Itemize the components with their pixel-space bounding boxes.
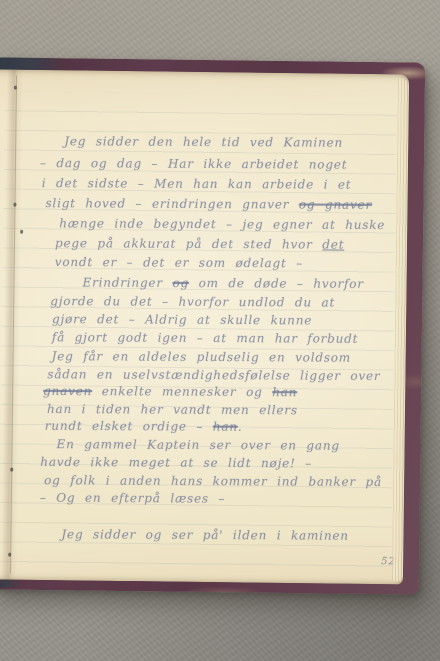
handwriting-segment: Jeg sidder den hele tid ved Kaminen bbox=[64, 134, 343, 149]
handwriting-line: – Og en efterpå læses – bbox=[40, 490, 225, 507]
handwriting-line: i det sidste – Men han kan arbeide i et bbox=[42, 175, 352, 193]
handwriting-segment: sådan en uselvstændighedsfølelse ligger … bbox=[47, 367, 380, 383]
handwriting-segment: og gnaver bbox=[299, 197, 372, 211]
handwriting-line: rundt elsket ordige – han. bbox=[45, 418, 243, 435]
handwriting-segment: Erindringer bbox=[82, 275, 172, 289]
handwriting-segment: vondt er – det er som ødelagt – bbox=[55, 255, 303, 270]
handwriting-line: Jeg sidder den hele tid ved Kaminen bbox=[64, 133, 343, 150]
notebook-page: Jeg sidder den hele tid ved Kaminen– dag… bbox=[0, 69, 409, 584]
handwriting-segment: – dag og dag – Har ikke arbeidet noget bbox=[40, 156, 347, 172]
handwriting-segment: pege på akkurat på det sted hvor bbox=[55, 236, 322, 251]
handwriting-segment: og folk i anden hans kommer ind banker p… bbox=[44, 473, 382, 489]
handwriting-line: Erindringer og om de døde – hvorfor bbox=[82, 274, 363, 291]
handwriting-line: han i tiden her vandt men ellers bbox=[47, 401, 298, 418]
handwriting-line: sådan en uselvstændighedsfølelse ligger … bbox=[47, 366, 380, 384]
handwriting-segment: En gammel Kaptein ser over en gang bbox=[57, 437, 340, 452]
handwriting-segment: det bbox=[322, 238, 344, 252]
handwriting-segment: havde ikke meget at se lidt nøje! – bbox=[40, 455, 312, 470]
handwriting-segment: i det sidste – Men han kan arbeide i et bbox=[42, 176, 352, 192]
handwriting-line: pege på akkurat på det sted hvor det bbox=[55, 235, 344, 253]
handwriting-segment: rundt elsket ordige – bbox=[45, 419, 213, 434]
handwriting-segment: om de døde – hvorfor bbox=[189, 276, 364, 291]
handwriting-segment: Jeg sidder og ser på' ilden i kaminen bbox=[61, 527, 348, 543]
handwriting-segment: han i tiden her vandt men ellers bbox=[47, 402, 298, 417]
page-number: 52 bbox=[381, 556, 396, 567]
handwriting-line: og folk i anden hans kommer ind banker p… bbox=[44, 472, 382, 490]
handwriting-segment: gjøre det – Aldrig at skulle kunne bbox=[52, 312, 312, 327]
handwriting-line: Jeg sidder og ser på' ilden i kaminen bbox=[61, 526, 348, 544]
handwriting-line: – dag og dag – Har ikke arbeidet noget bbox=[40, 155, 347, 173]
photo-backdrop: Jeg sidder den hele tid ved Kaminen– dag… bbox=[0, 0, 440, 661]
notebook: Jeg sidder den hele tid ved Kaminen– dag… bbox=[0, 57, 425, 594]
handwriting-segment: sligt hoved – erindringen gnaver bbox=[45, 196, 298, 211]
handwriting-segment: enkelte mennesker og bbox=[92, 384, 272, 399]
handwriting-line: gjorde du det – hvorfor undlod du at bbox=[50, 293, 335, 310]
handwriting-line: sligt hoved – erindringen gnaver og gnav… bbox=[45, 195, 372, 213]
handwriting-line: Jeg får en aldeles pludselig en voldsom bbox=[52, 348, 351, 366]
handwriting-segment: . bbox=[238, 420, 243, 434]
handwriting-line: få gjort godt igen – at man har forbudt bbox=[52, 329, 359, 347]
handwriting-line: gjøre det – Aldrig at skulle kunne bbox=[52, 311, 312, 328]
handwriting-segment: han bbox=[272, 385, 297, 399]
handwriting-line: gnaven enkelte mennesker og han bbox=[43, 383, 297, 400]
handwriting-segment: hænge inde begyndet – jeg egner at huske bbox=[59, 216, 385, 232]
handwriting-line: hænge inde begyndet – jeg egner at huske bbox=[59, 215, 385, 233]
handwriting-segment: gjorde du det – hvorfor undlod du at bbox=[50, 294, 335, 309]
handwriting-line: vondt er – det er som ødelagt – bbox=[55, 254, 303, 271]
handwriting-segment: Jeg får en aldeles pludselig en voldsom bbox=[52, 349, 351, 365]
handwriting-line: havde ikke meget at se lidt nøje! – bbox=[40, 454, 312, 471]
handwriting-segment: – Og en efterpå læses – bbox=[40, 491, 225, 506]
handwriting-line: En gammel Kaptein ser over en gang bbox=[57, 436, 340, 453]
handwriting-segment: gnaven bbox=[43, 384, 92, 398]
handwriting-layer: Jeg sidder den hele tid ved Kaminen– dag… bbox=[0, 69, 409, 584]
handwriting-segment: få gjort godt igen – at man har forbudt bbox=[52, 330, 359, 346]
handwriting-segment: han bbox=[213, 420, 238, 434]
handwriting-segment: og bbox=[172, 276, 189, 290]
